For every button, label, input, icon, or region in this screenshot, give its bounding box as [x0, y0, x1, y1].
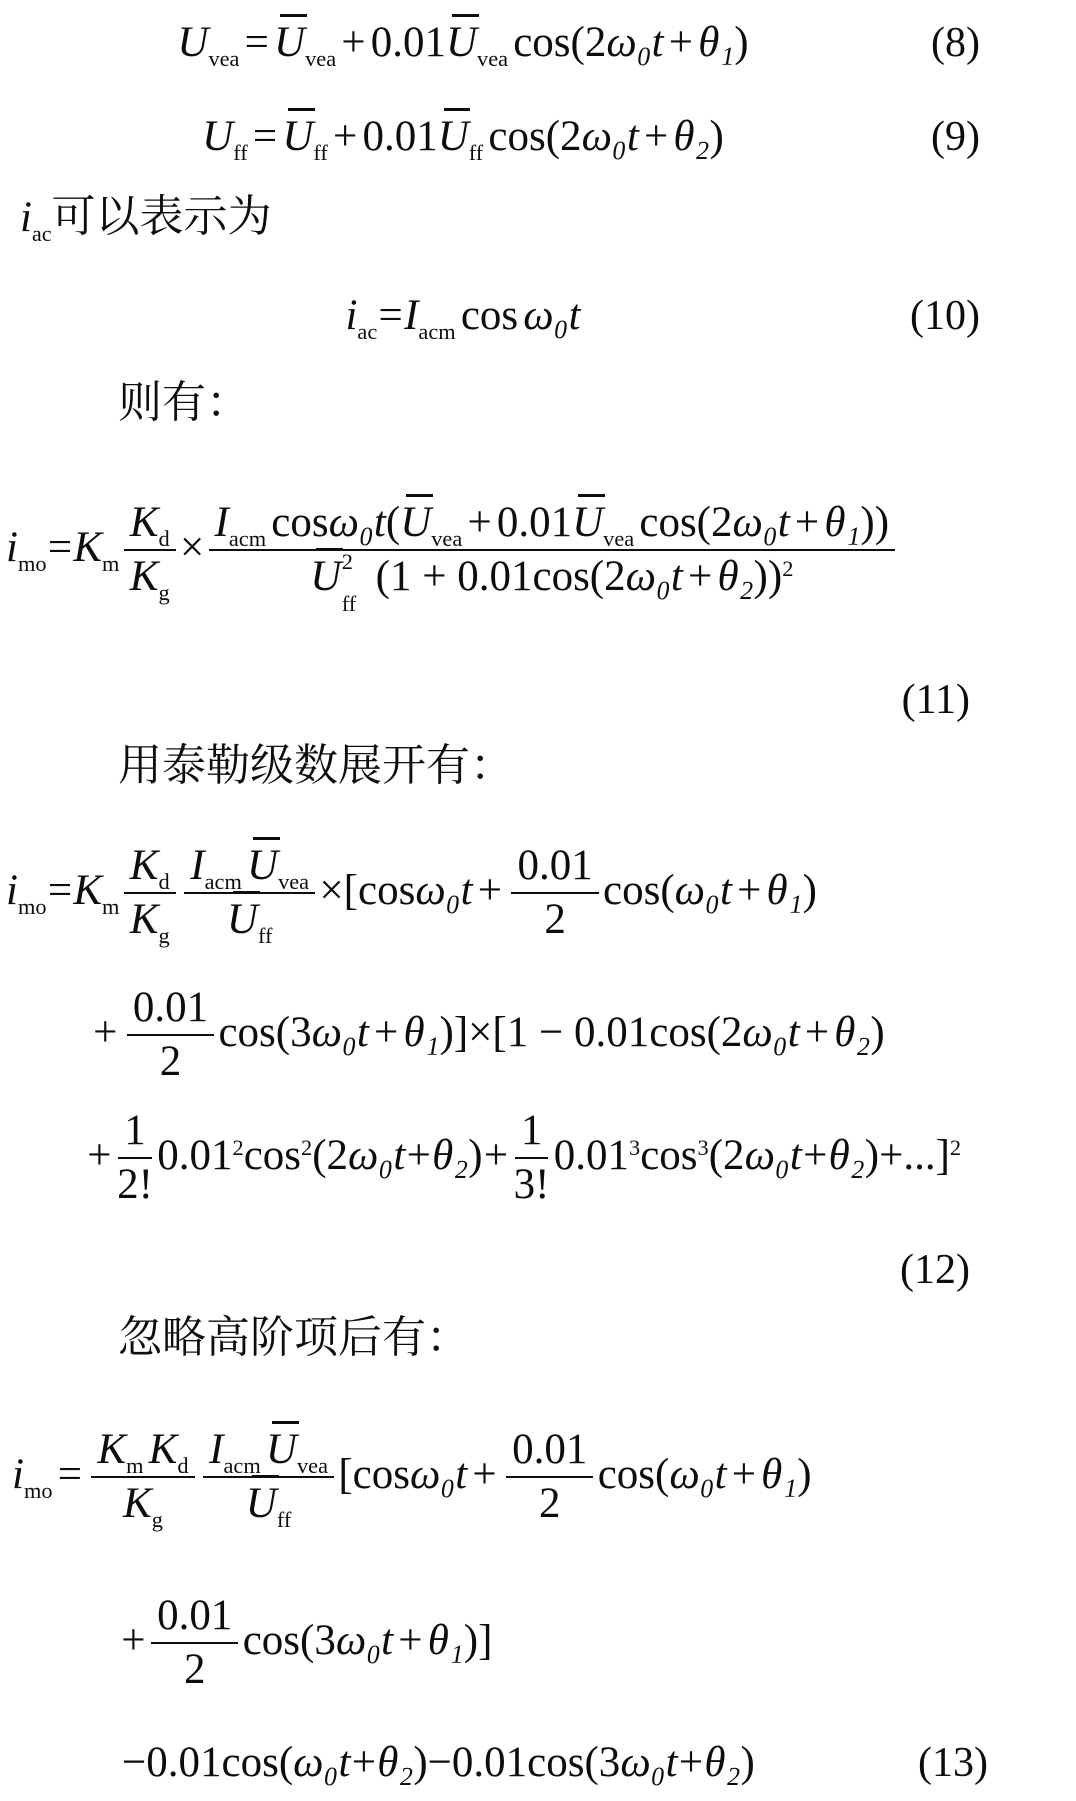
- math-token: +: [732, 1451, 756, 1498]
- math-token: ω₀t: [410, 1451, 467, 1498]
- math-token: ω₀t: [348, 1132, 405, 1179]
- plus-sign: +: [121, 1617, 145, 1664]
- overbar-U: U: [446, 20, 477, 65]
- math-token: +: [88, 1010, 123, 1055]
- math-token: θ₂: [834, 1009, 870, 1056]
- equation-11-label: (11): [902, 676, 970, 724]
- fraction-kmkd-kg: KmKd Kg: [91, 1422, 194, 1528]
- math-sup: 3: [629, 1136, 640, 1161]
- times-sign: ×: [180, 524, 204, 571]
- math-sub: ff: [277, 1507, 292, 1532]
- math-token: i: [345, 292, 357, 339]
- equation-12-label: (12): [900, 1246, 970, 1294]
- math-token: =: [58, 1451, 82, 1498]
- paper-page: { "document": { "kind": "scanned-paper-e…: [0, 0, 1076, 1801]
- math-token: ω₀t: [415, 867, 472, 914]
- math-token: ω₀t: [669, 1451, 726, 1498]
- math-token: cos(: [222, 1739, 294, 1786]
- math-token: ): [440, 1009, 454, 1056]
- overbar-U: U: [246, 1481, 277, 1527]
- math-sub: g: [158, 580, 169, 605]
- equation-13-line1: imo= KmKd Kg IacmUvea Uff [cosω₀t+ 0.01 …: [0, 1402, 1076, 1548]
- math-token: (2: [709, 1132, 745, 1179]
- math-token: +: [669, 19, 693, 66]
- fraction-001-2: 0.01 2: [511, 838, 598, 944]
- math-sub: vea: [431, 526, 462, 551]
- math-token: θ₁: [767, 867, 803, 914]
- equation-13-tail: cos(ω₀t+θ₁): [598, 1452, 812, 1497]
- equation-12-line1: imo=Km Kd Kg IacmUvea Uff ×[cosω₀t+ 0.01…: [0, 822, 1076, 960]
- equation-12-lhs: imo=Km: [6, 868, 119, 913]
- fraction-numerator: Iacmcosω₀t(Uvea+0.01Uveacos(2ω₀t+θ₁)): [209, 495, 896, 551]
- fraction-denominator: 2!: [117, 1159, 153, 1209]
- math-sub: d: [158, 869, 169, 894]
- math-token: 2: [539, 1480, 561, 1527]
- overbar-U: U: [227, 897, 258, 943]
- equation-12-line3: + 1 2! 0.012cos2(2ω₀t+θ₂)+ 1 3! 0.013cos…: [0, 1105, 1076, 1207]
- math-token: +: [333, 113, 357, 160]
- math-token: ): [413, 1739, 427, 1786]
- fraction-denominator: 2: [160, 1036, 182, 1086]
- math-token: ): [865, 1132, 879, 1179]
- math-token: cos(3: [243, 1617, 336, 1664]
- fraction-kd-kg: Kd Kg: [124, 838, 176, 944]
- fraction-iu: IacmUvea Uff: [184, 838, 315, 944]
- equation-12-mid: ×[cosω₀t+: [319, 868, 507, 913]
- fraction-denominator: 2: [539, 1478, 561, 1528]
- math-token: cos(2: [513, 19, 606, 66]
- fraction-numerator: Kd: [124, 495, 176, 551]
- equation-10-label: (10): [910, 294, 980, 338]
- overbar-U: U: [282, 114, 313, 159]
- math-token: 0.01: [157, 1592, 232, 1639]
- math-sub: acm: [418, 319, 455, 344]
- fraction-denominator: Kg: [130, 894, 170, 944]
- math-sub: m: [102, 551, 119, 576]
- math-token: (: [386, 499, 400, 546]
- math-sup: 2: [233, 1136, 244, 1161]
- math-sup: 3: [698, 1136, 709, 1161]
- fraction-001-2: 0.01 2: [127, 980, 214, 1086]
- math-token: U: [202, 113, 233, 160]
- math-token: U: [177, 19, 208, 66]
- math-token: +: [795, 499, 819, 546]
- math-token: ω₀t: [582, 113, 639, 160]
- equation-11: imo=Km Kd Kg × Iacmcosω₀t(Uvea+0.01Uveac…: [0, 448, 1076, 648]
- math-token: K: [130, 896, 159, 943]
- math-token: +: [803, 1132, 827, 1179]
- math-token: I: [215, 499, 229, 546]
- fraction-denominator: Uff: [227, 894, 273, 944]
- math-token: cos(: [598, 1451, 670, 1498]
- math-token: +: [352, 1739, 376, 1786]
- math-sub: ff: [233, 140, 248, 165]
- math-sub: vea: [603, 526, 634, 551]
- math-token: [: [338, 1451, 352, 1498]
- math-token: ω₀t: [733, 499, 790, 546]
- math-token: ): [870, 1009, 884, 1056]
- math-sub: vea: [208, 46, 239, 71]
- math-sub: vea: [278, 869, 309, 894]
- math-token: =: [245, 19, 269, 66]
- math-token: )): [860, 499, 889, 546]
- math-token: ω₀t: [675, 867, 732, 914]
- math-sub: ac: [32, 221, 52, 246]
- math-token: ω₀t: [312, 1009, 369, 1056]
- math-sub: g: [152, 1507, 163, 1532]
- fraction-numerator: 1: [118, 1103, 152, 1159]
- fraction-numerator: Kd: [124, 838, 176, 894]
- math-token: cos: [353, 1451, 410, 1498]
- equation-13-label: (13): [918, 1741, 988, 1785]
- math-token: K: [73, 524, 102, 571]
- math-token: +: [679, 1739, 703, 1786]
- math-token: cos: [461, 292, 518, 339]
- math-sub: vea: [305, 46, 336, 71]
- math-token: ): [740, 1739, 754, 1786]
- math-token: I: [404, 292, 418, 339]
- paragraph-text: 忽略高阶项后有：: [118, 1313, 470, 1362]
- math-token: +: [472, 1451, 496, 1498]
- math-token: ): [797, 1451, 811, 1498]
- fraction-denominator: 3!: [514, 1159, 550, 1209]
- math-token: θ₂: [377, 1739, 413, 1786]
- paragraph-taylor: 用泰勒级数展开有：: [118, 742, 514, 790]
- math-token: θ₁: [824, 499, 860, 546]
- math-sub: acm: [229, 526, 266, 551]
- math-token: 0.01: [497, 499, 572, 546]
- math-token: I: [190, 842, 204, 889]
- fraction-numerator: 1: [515, 1103, 549, 1159]
- equation-12-line2: + 0.01 2 cos(3ω₀t+θ₁)]×[1 − 0.01cos(2ω₀t…: [0, 980, 1076, 1086]
- math-token: cos: [640, 1132, 697, 1179]
- math-token: +: [805, 1009, 829, 1056]
- math-token: 2: [184, 1646, 206, 1693]
- math-token: θ₁: [698, 19, 734, 66]
- fraction-denominator: Kg: [123, 1478, 163, 1528]
- math-sub: m: [102, 894, 119, 919]
- math-token: ω₀t: [745, 1132, 802, 1179]
- fraction-numerator: 0.01: [151, 1588, 238, 1644]
- math-token: ): [734, 19, 748, 66]
- math-token: ω₀t: [742, 1009, 799, 1056]
- math-token: +: [644, 113, 668, 160]
- fraction-denominator: 2: [544, 894, 566, 944]
- math-token: K: [130, 842, 159, 889]
- math-token: 0.01: [371, 19, 446, 66]
- math-token: K: [130, 553, 159, 600]
- math-token: cos: [358, 867, 415, 914]
- math-token: ω₀t: [293, 1739, 350, 1786]
- equation-9: Uff=Uff+0.01Uffcos(2ω₀t+θ₂) (9): [0, 94, 1076, 180]
- plus-sign: +: [93, 1009, 117, 1056]
- math-token: +: [86, 1133, 113, 1178]
- equation-12-line2-tail: cos(3ω₀t+θ₁)]×[1 − 0.01cos(2ω₀t+θ₂): [218, 1010, 884, 1055]
- math-token: +: [478, 867, 502, 914]
- math-token: +: [467, 499, 491, 546]
- math-token: 0.01: [133, 984, 208, 1031]
- math-token: +: [374, 1009, 398, 1056]
- math-token: ): [468, 1132, 482, 1179]
- math-token: cos(3: [527, 1739, 620, 1786]
- fraction-numerator: IacmUvea: [184, 838, 315, 894]
- math-token: ): [709, 113, 723, 160]
- math-token: ×: [180, 525, 204, 570]
- equation-8-expression: Uvea=Uvea+0.01Uveacos(2ω₀t+θ₁): [177, 20, 748, 65]
- math-token: +: [737, 867, 761, 914]
- math-token: cos: [244, 1132, 301, 1179]
- equation-9-label: (9): [931, 115, 980, 159]
- math-token: −0.01: [428, 1739, 528, 1786]
- math-sub: mo: [18, 894, 47, 919]
- math-token: +...]: [879, 1132, 950, 1179]
- equation-13-line2-tail: cos(3ω₀t+θ₁)]: [243, 1618, 493, 1663]
- paragraph-text: 则有：: [118, 378, 250, 427]
- fraction-numerator: 0.01: [127, 980, 214, 1036]
- overbar-U: U: [310, 554, 341, 600]
- math-sub: ff: [342, 592, 357, 616]
- paragraph-ignore-higher-order: 忽略高阶项后有：: [118, 1314, 470, 1362]
- math-token: +: [407, 1132, 431, 1179]
- equation-12-line3-mid: 0.012cos2(2ω₀t+θ₂)+: [157, 1133, 509, 1178]
- math-token: +: [341, 19, 365, 66]
- math-sub: ff: [469, 140, 484, 165]
- math-token: θ₂: [432, 1132, 468, 1179]
- math-token: 3!: [514, 1161, 550, 1208]
- math-sup: 2: [782, 557, 793, 582]
- fraction-numerator: KmKd: [91, 1422, 194, 1478]
- math-sup: 2: [301, 1136, 312, 1161]
- math-token: i: [6, 867, 18, 914]
- math-token: cos(3: [218, 1009, 311, 1056]
- math-token: cos(: [603, 867, 675, 914]
- sup-sub-stack: 2ff: [341, 585, 375, 590]
- equation-8-label: (8): [931, 21, 980, 65]
- math-token: ω₀t: [620, 1739, 677, 1786]
- paragraph-text: 用泰勒级数展开有：: [118, 741, 514, 790]
- fraction-1-3fact: 1 3!: [514, 1103, 550, 1209]
- math-sub: d: [158, 526, 169, 551]
- fraction-main: Iacmcosω₀t(Uvea+0.01Uveacos(2ω₀t+θ₁)) U2…: [209, 495, 896, 601]
- math-token: +: [120, 1618, 147, 1663]
- fraction-numerator: IacmUvea: [203, 1422, 334, 1478]
- overbar-U: U: [274, 20, 305, 65]
- math-sub: mo: [24, 1478, 53, 1503]
- math-token: +: [484, 1132, 508, 1179]
- overbar-U: U: [572, 500, 603, 546]
- fraction-denominator: 2: [184, 1644, 206, 1694]
- math-token: K: [149, 1426, 178, 1473]
- paragraph-iac-intro: iac可以表示为: [20, 193, 271, 241]
- math-token: 2: [544, 896, 566, 943]
- equation-11-lhs: imo=Km: [6, 525, 119, 570]
- math-token: θ₂: [673, 113, 709, 160]
- math-token: )]: [464, 1617, 493, 1664]
- math-token: θ₂: [704, 1739, 740, 1786]
- equation-9-expression: Uff=Uff+0.01Uffcos(2ω₀t+θ₂): [202, 114, 724, 159]
- equation-13-line3-expression: −0.01cos(ω₀t+θ₂)−0.01cos(3ω₀t+θ₂): [122, 1740, 755, 1785]
- math-sub: mo: [18, 551, 47, 576]
- math-token: ω₀t: [523, 292, 580, 339]
- math-token: ω₀t: [329, 499, 386, 546]
- math-token: 2: [160, 1038, 182, 1085]
- math-sub: ac: [357, 319, 377, 344]
- math-sub: g: [158, 923, 169, 948]
- paragraph-text: 可以表示为: [51, 192, 271, 241]
- math-token: cos(2: [532, 553, 625, 600]
- math-token: cos(2: [639, 499, 732, 546]
- overbar-U: U: [438, 114, 469, 159]
- equation-12-line3-tail: 0.013cos3(2ω₀t+θ₂)+...]2: [554, 1133, 961, 1178]
- fraction-numerator: 0.01: [511, 838, 598, 894]
- fraction-denominator: U2ff(1 + 0.01cos(2ω₀t+θ₂))2: [310, 551, 793, 601]
- fraction-denominator: Kg: [130, 551, 170, 601]
- fraction-001-2: 0.01 2: [151, 1588, 238, 1694]
- equation-13-line2: + 0.01 2 cos(3ω₀t+θ₁)]: [0, 1585, 1076, 1697]
- fraction-denominator: Uff: [246, 1478, 292, 1528]
- plus-sign: +: [87, 1132, 111, 1179]
- math-token: θ₁: [403, 1009, 439, 1056]
- equation-10-expression: iac=Iacmcosω₀t: [345, 293, 580, 338]
- math-token: 0.01: [554, 1132, 629, 1179]
- math-token: 0.01: [517, 842, 592, 889]
- math-token: K: [130, 499, 159, 546]
- overbar-U: U: [247, 843, 278, 889]
- math-token: θ₁: [428, 1617, 464, 1664]
- math-token: cos(2: [488, 113, 581, 160]
- math-token: +: [688, 553, 712, 600]
- overbar-U: U: [400, 500, 431, 546]
- equation-10: iac=Iacmcosω₀t (10): [0, 282, 1076, 350]
- math-sub: m: [126, 1453, 143, 1478]
- math-token: ]×[: [454, 1009, 507, 1056]
- math-token: θ₂: [829, 1132, 865, 1179]
- math-token: =: [379, 292, 403, 339]
- math-token: 0.01: [512, 1426, 587, 1473]
- fraction-iu: IacmUvea Uff: [203, 1422, 334, 1528]
- math-token: cos(2: [649, 1009, 742, 1056]
- math-token: K: [73, 867, 102, 914]
- math-token: θ₂: [717, 553, 753, 600]
- math-token: +: [398, 1617, 422, 1664]
- math-token: 0.01: [362, 113, 437, 160]
- equation-13-lhs: imo=: [12, 1452, 87, 1497]
- math-token: cos: [271, 499, 328, 546]
- math-token: ×[: [319, 867, 358, 914]
- math-token: ω₀t: [626, 553, 683, 600]
- math-token: i: [12, 1451, 24, 1498]
- math-sup: 2: [342, 550, 353, 574]
- math-token: 1 − 0.01: [507, 1009, 650, 1056]
- math-sub: vea: [477, 46, 508, 71]
- math-token: −0.01: [122, 1739, 222, 1786]
- math-token: I: [209, 1426, 223, 1473]
- math-token: i: [20, 194, 32, 241]
- math-token: ω₀t: [336, 1617, 393, 1664]
- math-token: =: [253, 113, 277, 160]
- equation-8: Uvea=Uvea+0.01Uveacos(2ω₀t+θ₁) (8): [0, 0, 1076, 86]
- fraction-kd-kg: Kd Kg: [124, 495, 176, 601]
- fraction-numerator: 0.01: [506, 1422, 593, 1478]
- math-token: K: [123, 1480, 152, 1527]
- fraction-001-2: 0.01 2: [506, 1422, 593, 1528]
- math-sub: vea: [297, 1453, 328, 1478]
- math-token: K: [97, 1426, 126, 1473]
- math-token: (2: [312, 1132, 348, 1179]
- math-token: =: [48, 524, 72, 571]
- math-sub: d: [177, 1453, 188, 1478]
- math-token: ω₀t: [606, 19, 663, 66]
- equation-13-line3: −0.01cos(ω₀t+θ₂)−0.01cos(3ω₀t+θ₂) (13): [0, 1733, 1076, 1793]
- equation-13-mid: [cosω₀t+: [338, 1452, 502, 1497]
- math-token: (1 + 0.01: [376, 553, 533, 600]
- math-token: )): [754, 553, 783, 600]
- math-token: =: [48, 867, 72, 914]
- paragraph-then: 则有：: [118, 379, 250, 427]
- fraction-1-2fact: 1 2!: [117, 1103, 153, 1209]
- math-token: 1: [521, 1107, 543, 1154]
- math-token: ): [803, 867, 817, 914]
- math-token: θ₁: [761, 1451, 797, 1498]
- math-sup: 2: [950, 1136, 961, 1161]
- equation-12-tail: cos(ω₀t+θ₁): [603, 868, 817, 913]
- math-sub: ff: [258, 923, 273, 948]
- math-token: i: [6, 524, 18, 571]
- math-token: 0.01: [157, 1132, 232, 1179]
- math-sub: ff: [313, 140, 328, 165]
- math-token: 1: [124, 1107, 146, 1154]
- overbar-U: U: [266, 1427, 297, 1473]
- math-token: 2!: [117, 1161, 153, 1208]
